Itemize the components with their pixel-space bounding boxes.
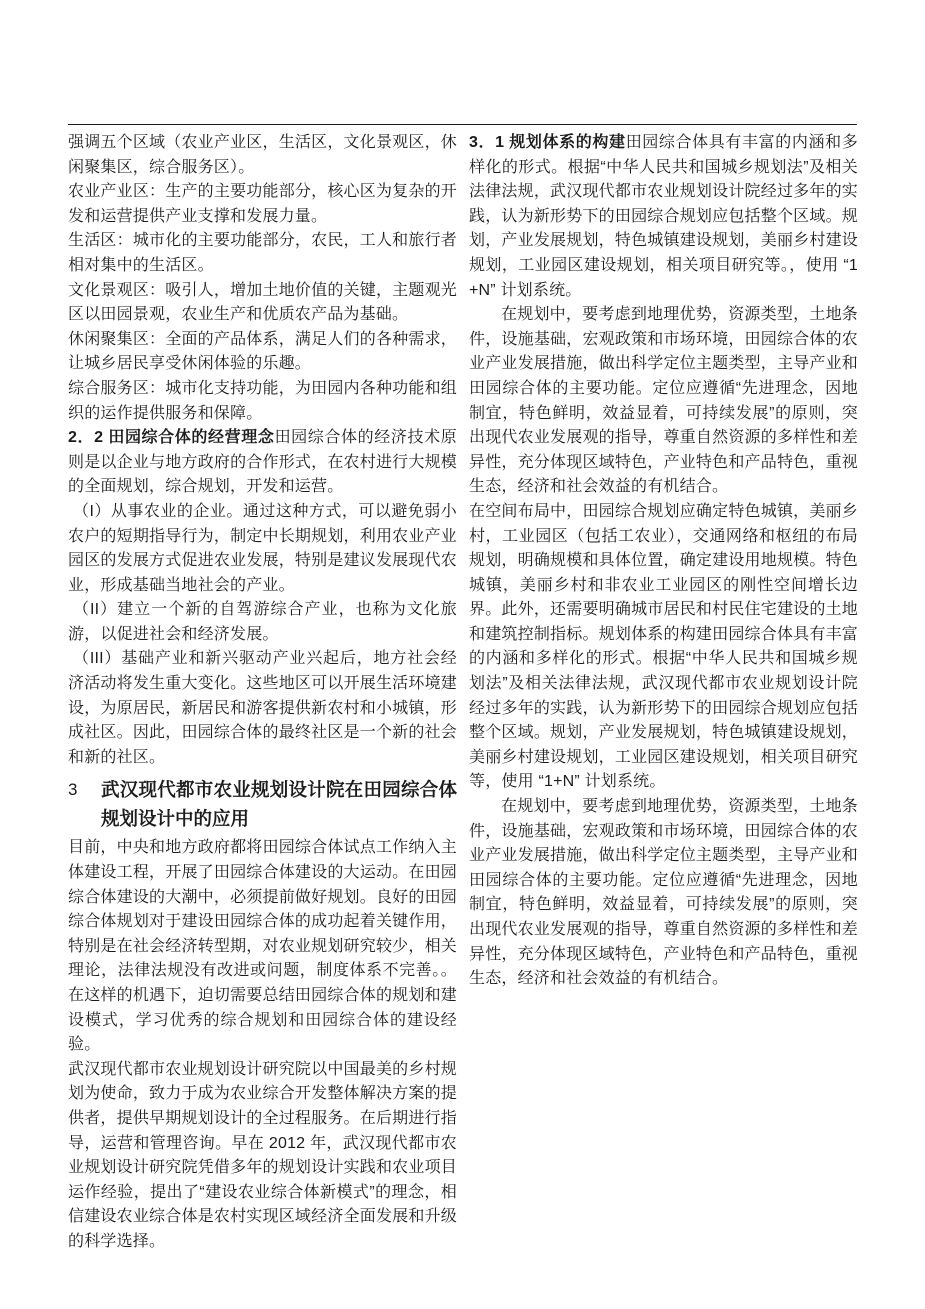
paragraph-spatial-layout: 在空间布局中，田园综合规划应确定特色城镇，美丽乡村，工业园区（包括工农业），交通… xyxy=(469,500,858,795)
left-column: 强调五个区域（农业产业区，生活区，文化景观区，休闲聚集区，综合服务区）。 农业产… xyxy=(68,131,457,1255)
inline-heading-3-1: 3．1 规划体系的构建 xyxy=(469,134,626,151)
paragraph-culture-landscape-zone: 文化景观区：吸引人，增加土地价值的关键，主题观光区以田园景观，农业生产和优质农产… xyxy=(68,279,457,328)
section-heading-3: 3 武汉现代都市农业规划设计院在田园综合体规划设计中的应用 xyxy=(68,775,457,833)
paragraph-planning-considerations-repeat: 在规划中，要考虑到地理优势，资源类型，土地条件，设施基础，宏观政策和市场环境，田… xyxy=(469,795,858,992)
header-rule xyxy=(68,124,857,125)
two-column-layout: 强调五个区域（农业产业区，生活区，文化景观区，休闲聚集区，综合服务区）。 农业产… xyxy=(68,131,858,1255)
paragraph-service-zone: 综合服务区：城市化支持功能，为田园内各种功能和组织的运作提供服务和保障。 xyxy=(68,377,457,426)
paragraph-planning-considerations: 在规划中，要考虑到地理优势，资源类型，土地条件，设施基础，宏观政策和市场环境，田… xyxy=(469,303,858,500)
paragraph-institute-mission: 武汉现代都市农业规划设计研究院以中国最美的乡村规划为使命，致力于成为农业综合开发… xyxy=(68,1058,457,1255)
paragraph-section-2-2: 2．2 田园综合体的经营理念田园综合体的经济技术原则是以企业与地方政府的合作形式… xyxy=(68,426,457,500)
paragraph-agriculture-zone: 农业产业区：生产的主要功能部分，核心区为复杂的开发和运营提供产业支撑和发展力量。 xyxy=(68,180,457,229)
paragraph-text: 田园综合体具有丰富的内涵和多样化的形式。根据“中华人民共和国城乡规划法”及相关法… xyxy=(469,134,858,299)
right-column: 3．1 规划体系的构建田园综合体具有丰富的内涵和多样化的形式。根据“中华人民共和… xyxy=(469,131,858,1255)
section-title: 武汉现代都市农业规划设计院在田园综合体规划设计中的应用 xyxy=(101,775,457,833)
paragraph-section-3-1: 3．1 规划体系的构建田园综合体具有丰富的内涵和多样化的形式。根据“中华人民共和… xyxy=(469,131,858,303)
paragraph-item-3: （III）基础产业和新兴驱动产业兴起后，地方社会经济活动将发生重大变化。这些地区… xyxy=(68,647,457,770)
section-number: 3 xyxy=(68,775,101,833)
paragraph-current-situation: 目前，中央和地方政府都将田园综合体试点工作纳入主体建设工程，开展了田园综合体建设… xyxy=(68,836,457,1057)
document-page: 强调五个区域（农业产业区，生活区，文化景观区，休闲聚集区，综合服务区）。 农业产… xyxy=(0,0,925,1309)
paragraph-item-2: （II）建立一个新的自驾游综合产业，也称为文化旅游，以促进社会和经济发展。 xyxy=(68,598,457,647)
paragraph-leisure-zone: 休闲聚集区：全面的产品体系，满足人们的各种需求，让城乡居民享受休闲体验的乐趣。 xyxy=(68,328,457,377)
paragraph-item-1: （I）从事农业的企业。通过这种方式，可以避免弱小农户的短期指导行为，制定中长期规… xyxy=(68,500,457,598)
inline-heading-2-2: 2．2 田园综合体的经营理念 xyxy=(68,429,275,446)
paragraph-living-zone: 生活区：城市化的主要功能部分，农民，工人和旅行者相对集中的生活区。 xyxy=(68,229,457,278)
paragraph-zones-intro: 强调五个区域（农业产业区，生活区，文化景观区，休闲聚集区，综合服务区）。 xyxy=(68,131,457,180)
